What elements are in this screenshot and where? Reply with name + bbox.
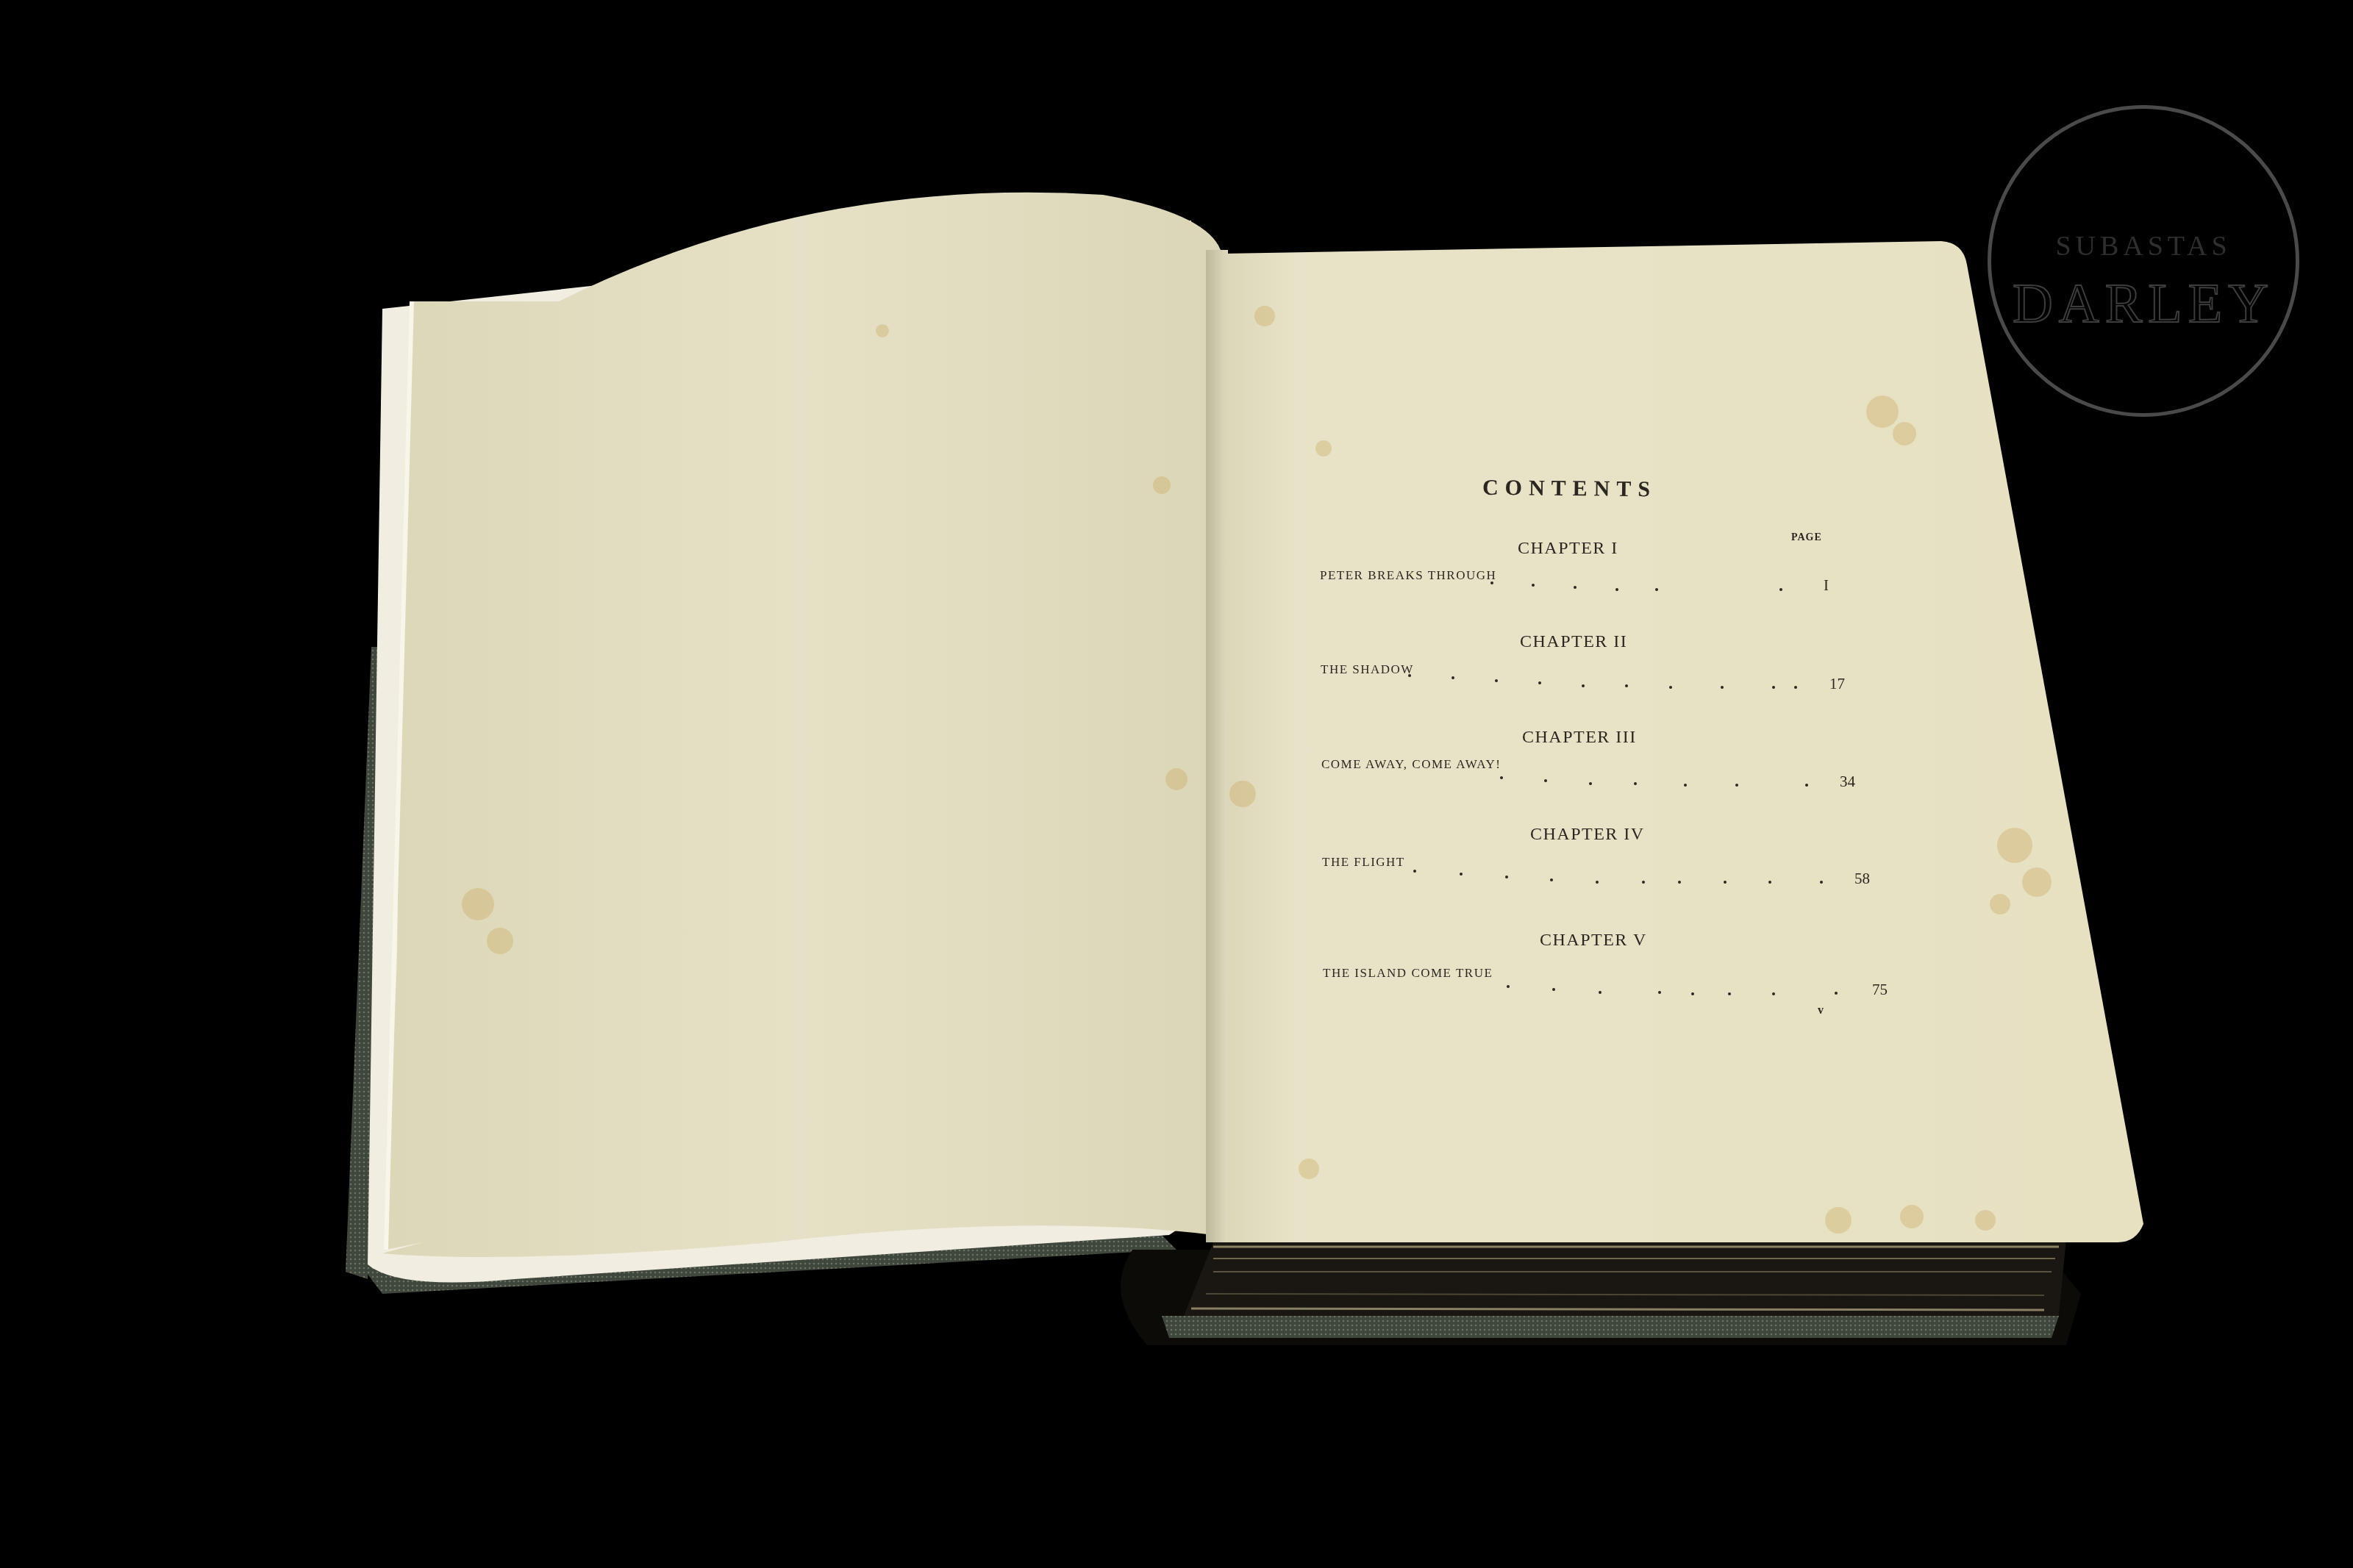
leader-dot — [1408, 674, 1411, 677]
leader-dot — [1684, 784, 1687, 787]
leader-dot — [1655, 588, 1658, 591]
leader-dot — [1599, 991, 1602, 994]
leader-dot — [1544, 779, 1547, 782]
leader-dot — [1625, 684, 1628, 687]
leader-dot — [1500, 776, 1503, 779]
leader-dot — [1728, 992, 1731, 995]
leader-dot — [1721, 686, 1724, 689]
leader-dot — [1596, 881, 1599, 884]
leader-dot — [1505, 876, 1508, 878]
leader-dot — [1772, 992, 1775, 995]
chapter-page-number: 58 — [1854, 870, 1870, 888]
chapter-page-number: 17 — [1829, 675, 1845, 693]
chapter-heading: CHAPTER V — [1540, 931, 1647, 951]
logo-line-subastas: SUBASTAS — [1991, 230, 2296, 262]
gutter — [1206, 250, 1228, 1242]
leader-dot — [1772, 686, 1775, 689]
leader-dot — [1532, 584, 1535, 587]
leader-dot — [1582, 684, 1585, 687]
leader-dot — [1805, 784, 1808, 787]
left-page — [382, 193, 1221, 1257]
leader-dot — [1589, 782, 1592, 785]
chapter-title: THE ISLAND COME TRUE — [1323, 966, 1493, 981]
chapter-title: THE SHADOW — [1321, 662, 1414, 677]
leader-dot — [1615, 588, 1618, 591]
leader-dot — [1678, 881, 1681, 884]
leader-dot — [1634, 782, 1637, 785]
leader-dot — [1658, 991, 1661, 994]
leader-dot — [1768, 881, 1771, 884]
leader-dot — [1538, 681, 1541, 684]
photo-scene: SUBASTAS DARLEY CONTENTS PAGE CHAPTER I … — [0, 0, 2353, 1568]
chapter-page-number: 75 — [1872, 981, 1888, 999]
subastas-darley-logo: SUBASTAS DARLEY — [1988, 105, 2299, 417]
chapter-heading: CHAPTER I — [1518, 539, 1618, 559]
page-edges — [1184, 1239, 2066, 1316]
chapter-title: PETER BREAKS THROUGH — [1320, 568, 1496, 583]
page-column-label: PAGE — [1791, 532, 1822, 544]
leader-dot — [1691, 992, 1694, 995]
leader-dot — [1452, 676, 1454, 679]
leader-dot — [1574, 586, 1577, 589]
leader-dot — [1460, 873, 1463, 876]
leader-dot — [1495, 679, 1498, 682]
leader-dot — [1794, 686, 1797, 689]
chapter-page-number: 34 — [1840, 773, 1855, 791]
leader-dot — [1820, 881, 1823, 884]
leader-dot — [1490, 581, 1493, 584]
leader-dot — [1507, 985, 1510, 988]
chapter-title: THE FLIGHT — [1322, 855, 1405, 870]
chapter-heading: CHAPTER IV — [1530, 825, 1645, 845]
leader-dot — [1724, 881, 1727, 884]
page-folio: v — [1818, 1004, 1824, 1017]
chapter-heading: CHAPTER III — [1522, 728, 1637, 748]
right-page — [1224, 241, 2143, 1242]
leader-dot — [1835, 992, 1838, 995]
leader-dot — [1735, 784, 1738, 787]
chapter-page-number: I — [1824, 576, 1829, 595]
chapter-title: COME AWAY, COME AWAY! — [1321, 757, 1501, 772]
leader-dot — [1413, 870, 1416, 873]
contents-title: CONTENTS — [1482, 476, 1657, 502]
leader-dot — [1779, 588, 1782, 591]
logo-line-darley: DARLEY — [1991, 272, 2296, 336]
leader-dot — [1552, 988, 1555, 991]
chapter-heading: CHAPTER II — [1520, 632, 1627, 652]
leader-dot — [1550, 878, 1553, 881]
leader-dot — [1642, 881, 1645, 884]
leader-dot — [1669, 686, 1672, 689]
